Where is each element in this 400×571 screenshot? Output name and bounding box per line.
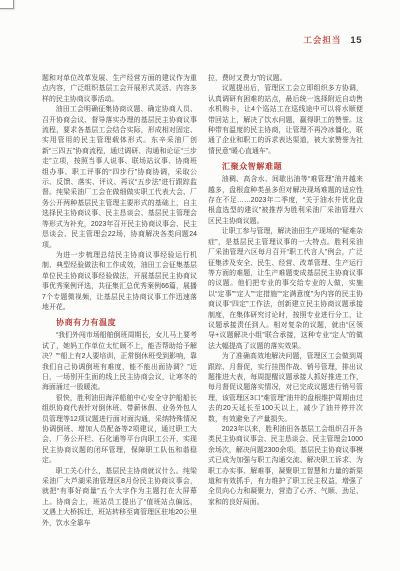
corner-frame-fragment — [0, 0, 14, 9]
paragraph: 题和对单位改革发展、生产经营方面的建议作为重点内容，广泛组织基层工会开展形式灵活… — [42, 74, 197, 105]
left-column: 题和对单位改革发展、生产经营方面的建议作为重点内容，广泛组织基层工会开展形式灵活… — [42, 74, 197, 529]
paragraph: 拉，费时又费力”的议题。 — [208, 74, 363, 84]
paragraph: 职工关心什么，基层民主协商就议什么。纯梁采油厂大芦湖采油管理区8月份民主协商议事… — [42, 467, 197, 529]
section-subheading: 汇聚众智解难题 — [222, 161, 363, 172]
magazine-page: 工会担当 15 题和对单位改革发展、生产经营方面的建议作为重点内容，广泛组织基层… — [0, 0, 400, 571]
right-column: 拉，费时又费力”的议题。 议题提出后，管理区工会立即组织多方协调，认真调研有困难… — [208, 74, 363, 529]
text-columns: 题和对单位改革发展、生产经营方面的建议作为重点内容，广泛组织基层工会开展形式灵活… — [42, 74, 363, 529]
page-number: 15 — [350, 35, 362, 46]
page-header: 工会担当 15 — [303, 34, 362, 46]
paragraph: 让职工参与管理，解决油田生产现场的“疑难杂症”，是基层民主管理议事的一大特点。胜… — [208, 227, 363, 352]
paragraph: 为了准确高效地解决问题，管理区工会做到周跟踪、月督促，实行挂图作战、销号管理，排… — [208, 352, 363, 425]
paragraph: 议题提出后，管理区工会立即组织多方协调，认真调研有困难的站点，最后统一选择附近自… — [208, 84, 363, 157]
paragraph: 很快，胜利油田海洋船舶中心安全守护船船长组织协商代表针对倒休班、带薪休假、业务外… — [42, 394, 197, 467]
paragraph: 2023年以来，胜利油田各基层工会组织召开各类民主协商议事会、民主恳谈会、民主管… — [208, 425, 363, 508]
paragraph: 油田工会明确征集协商议题、确定协商人员、召开协商会议、督导落实办理的基层民主协商… — [42, 105, 197, 251]
section-subheading: 协商有力有温度 — [56, 317, 197, 328]
paragraph: “我们外闯市场船舶倒班周期长，女儿马上要考试了，她妈工作单位太忙顾不上，能否帮助… — [42, 331, 197, 393]
paragraph: 为进一步梳理总结民主协商议事经验运行机制、典型经验做法和工作成效，油田工会征集基… — [42, 251, 197, 313]
paragraph: 油稠、高含水、间歇出油等“难管理”油井越来越多，盘根盒种类虽多但对解决现场难题的… — [208, 175, 363, 227]
section-label: 工会担当 — [303, 34, 341, 46]
